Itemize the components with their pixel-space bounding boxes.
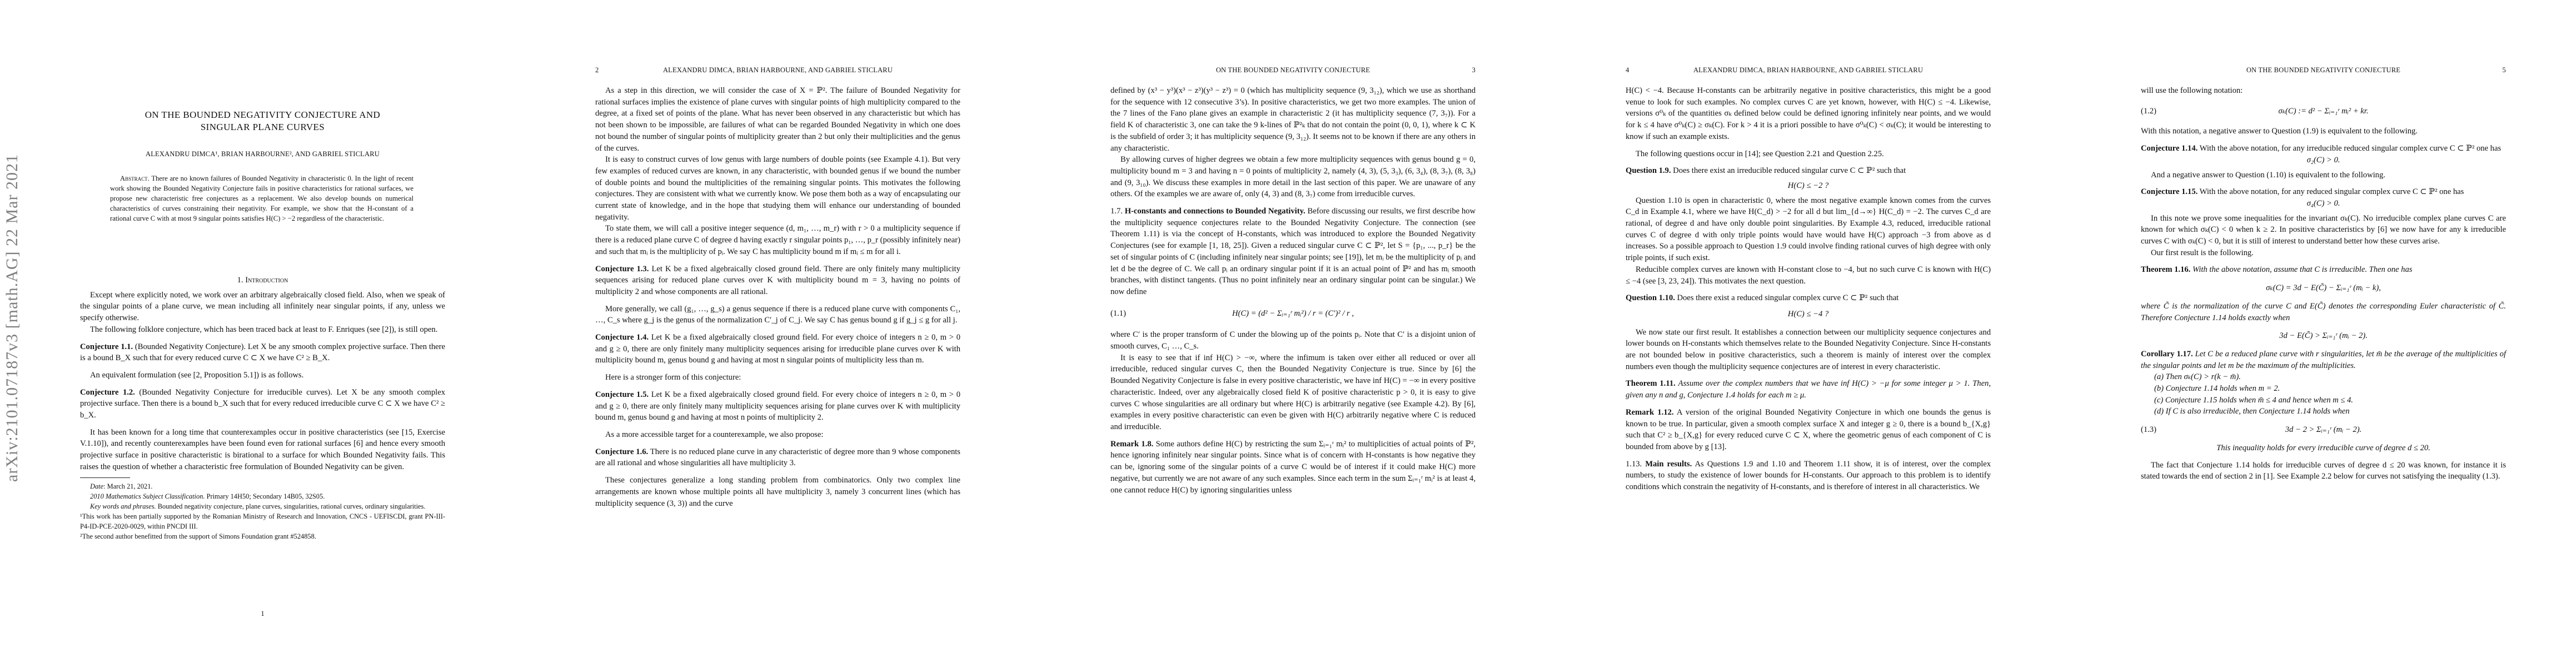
conjecture-1-3: Conjecture 1.3. Let K be a fixed algebra… — [595, 263, 960, 298]
theorem-1-11: Theorem 1.11. Assume over the complex nu… — [1626, 378, 1991, 401]
running-title: ALEXANDRU DIMCA, BRIAN HARBOURNE, AND GA… — [595, 66, 960, 74]
paragraph: And a negative answer to Question (1.10)… — [2141, 170, 2506, 181]
page-number: 1 — [80, 609, 445, 618]
paragraph: Reducible complex curves are known with … — [1626, 264, 1991, 287]
question-1-9-equation: H(C) ≤ −2 ? — [1626, 180, 1991, 192]
paragraph: An equivalent formulation (see [2, Propo… — [80, 370, 445, 381]
question-label: Question 1.9. — [1626, 166, 1671, 175]
conjecture-1-15: Conjecture 1.15. With the above notation… — [2141, 186, 2506, 198]
remark-label: Remark 1.12. — [1626, 408, 1673, 417]
abstract-text: There are no known failures of Bounded N… — [110, 175, 413, 222]
title-line-1: ON THE BOUNDED NEGATIVITY CONJECTURE AND — [80, 109, 445, 121]
arxiv-stamp: arXiv:2101.07187v3 [math.AG] 22 Mar 2021 — [2, 157, 22, 479]
footnote-msc: 2010 Mathematics Subject Classification.… — [80, 491, 445, 501]
running-head: ON THE BOUNDED NEGATIVITY CONJECTURE 3 — [1110, 66, 1476, 76]
corollary-tail: This inequality holds for every irreduci… — [2141, 442, 2506, 454]
theorem-label: Theorem 1.16. — [2141, 265, 2190, 274]
question-label: Question 1.10. — [1626, 293, 1675, 302]
section-number: 1.7. — [1110, 207, 1123, 216]
page-5: ON THE BOUNDED NEGATIVITY CONJECTURE 5 w… — [2061, 0, 2576, 667]
conjecture-1-14-equation: σ₂(C) > 0. — [2141, 155, 2506, 166]
paragraph: It is easy to construct curves of low ge… — [595, 154, 960, 223]
paragraph: As a more accessible target for a counte… — [595, 429, 960, 441]
paragraph: will use the following notation: — [2141, 85, 2506, 97]
footnote-label: Key words and phrases. — [90, 502, 156, 510]
remark-1-8: Remark 1.8. Some authors define H(C) by … — [1110, 439, 1476, 496]
conjecture-label: Conjecture 1.6. — [595, 447, 648, 456]
footnote-1: ¹This work has been partially supported … — [80, 511, 445, 531]
section-text: Before discussing our results, we first … — [1110, 207, 1476, 296]
footnote-value: : March 21, 2021. — [103, 482, 152, 490]
running-title: ON THE BOUNDED NEGATIVITY CONJECTURE — [1110, 66, 1476, 74]
equation-1-3: (1.3) 3d − 2 > Σᵢ₌₁ʳ (mᵢ − 2). — [2141, 424, 2506, 436]
corollary-items: (a) Then σₖ(C) > r(k − m̄). (b) Conjectu… — [2141, 371, 2506, 417]
conjecture-1-6: Conjecture 1.6. There is no reduced plan… — [595, 446, 960, 469]
paragraph: The following questions occur in [14]; s… — [1626, 148, 1991, 160]
equation-number: (1.2) — [2141, 106, 2174, 117]
section-title: H-constants and connections to Bounded N… — [1125, 207, 1306, 216]
equation-number: (1.3) — [2141, 424, 2174, 436]
page-3-body: defined by (x³ − y³)(x³ − z³)(y³ − z³) =… — [1110, 85, 1476, 496]
paragraph: Our first result is the following. — [2141, 247, 2506, 259]
remark-1-12: Remark 1.12. A version of the original B… — [1626, 407, 1991, 453]
conjecture-label: Conjecture 1.3. — [595, 265, 649, 273]
conjecture-text: Let K be a fixed algebraically closed gr… — [595, 265, 960, 296]
page-2-body: As a step in this direction, we will con… — [595, 85, 960, 509]
page-5-body: will use the following notation: (1.2) σ… — [2141, 85, 2506, 482]
section-title: Main results. — [1645, 460, 1692, 469]
page-3: ON THE BOUNDED NEGATIVITY CONJECTURE 3 d… — [1030, 0, 1546, 667]
authors: ALEXANDRU DIMCA¹, BRIAN HARBOURNE², AND … — [80, 150, 445, 158]
conjecture-text: Let K be a fixed algebraically closed gr… — [595, 333, 960, 365]
conjecture-label: Conjecture 1.2. — [80, 388, 135, 397]
section-number: 1.13. — [1626, 460, 1642, 469]
equation-body: σₖ(C) := d² − Σᵢ₌₁ʳ mᵢ² + kr. — [2174, 106, 2473, 117]
paragraph: Question 1.10 is open in characteristic … — [1626, 195, 1991, 264]
remark-text: Some authors define H(C) by restricting … — [1110, 440, 1476, 495]
page-1-body: 1. Introduction Except where explicitly … — [80, 275, 445, 541]
paragraph: By allowing curves of higher degrees we … — [1110, 154, 1476, 200]
equation-number: (1.1) — [1110, 308, 1144, 320]
title-line-2: SINGULAR PLANE CURVES — [80, 121, 445, 133]
conjecture-text: With the above notation, for any reduced… — [2200, 187, 2464, 196]
footnote-value: Primary 14H50; Secondary 14B05, 32S05. — [205, 492, 325, 500]
page-number: 5 — [2503, 66, 2506, 74]
question-1-10-equation: H(C) ≤ −4 ? — [1626, 308, 1991, 320]
theorem-text: Assume over the complex numbers that we … — [1626, 379, 1991, 400]
theorem-1-16: Theorem 1.16. With the above notation, a… — [2141, 264, 2506, 276]
equation-1-1: (1.1) H(C) = (d² − Σᵢ₌₁ʳ mᵢ²) / r = (C′)… — [1110, 308, 1476, 320]
conjecture-1-4: Conjecture 1.4. Let K be a fixed algebra… — [595, 332, 960, 366]
paragraph: Here is a stronger form of this conjectu… — [595, 372, 960, 384]
abstract: Abstract. There are no known failures of… — [110, 173, 413, 223]
arxiv-stamp-text: arXiv:2101.07187v3 [math.AG] 22 Mar 2021 — [3, 154, 22, 482]
page-4-body: H(C) < −4. Because H-constants can be ar… — [1626, 85, 1991, 493]
paragraph: These conjectures generalize a long stan… — [595, 475, 960, 509]
paragraph: We now state our first result. It establ… — [1626, 327, 1991, 373]
question-1-10: Question 1.10. Does there exist a reduce… — [1626, 292, 1991, 304]
running-head: ON THE BOUNDED NEGATIVITY CONJECTURE 5 — [2141, 66, 2506, 76]
question-text: Does there exist a reduced singular comp… — [1677, 293, 1899, 302]
section-1-13: 1.13. Main results. As Questions 1.9 and… — [1626, 459, 1991, 493]
corollary-label: Corollary 1.17. — [2141, 350, 2193, 359]
paragraph: As a step in this direction, we will con… — [595, 85, 960, 154]
paragraph: It has been known for a long time that c… — [80, 427, 445, 473]
equation-body: 3d − 2 > Σᵢ₌₁ʳ (mᵢ − 2). — [2174, 424, 2473, 436]
page-1: arXiv:2101.07187v3 [math.AG] 22 Mar 2021… — [0, 0, 515, 667]
paragraph: With this notation, a negative answer to… — [2141, 126, 2506, 137]
theorem-1-16-equation-2: 3d − E(C̃) > Σᵢ₌₁ʳ (mᵢ − 2). — [2141, 330, 2506, 342]
page-4: 4 ALEXANDRU DIMCA, BRIAN HARBOURNE, AND … — [1546, 0, 2061, 667]
paper-title: ON THE BOUNDED NEGATIVITY CONJECTURE AND… — [80, 109, 445, 133]
footnote-rule — [80, 477, 130, 478]
conjecture-1-1: Conjecture 1.1. (Bounded Negativity Conj… — [80, 341, 445, 364]
theorem-label: Theorem 1.11. — [1626, 379, 1676, 388]
theorem-text-continued: where C̃ is the normalization of the cur… — [2141, 301, 2506, 323]
conjecture-text: Let K be a fixed algebraically closed gr… — [595, 390, 960, 422]
conjecture-text: With the above notation, for any irreduc… — [2200, 144, 2501, 153]
conjecture-1-14: Conjecture 1.14. With the above notation… — [2141, 143, 2506, 155]
footnote-keywords: Key words and phrases. Bounded negativit… — [80, 501, 445, 511]
question-1-9: Question 1.9. Does there exist an irredu… — [1626, 165, 1991, 177]
running-title: ON THE BOUNDED NEGATIVITY CONJECTURE — [2141, 66, 2506, 74]
remark-label: Remark 1.8. — [1110, 440, 1153, 449]
paragraph: It is easy to see that if inf H(C) > −∞,… — [1110, 352, 1476, 433]
footnote-label: 2010 Mathematics Subject Classification. — [90, 492, 205, 500]
conjecture-label: Conjecture 1.14. — [2141, 144, 2198, 153]
paragraph: The fact that Conjecture 1.14 holds for … — [2141, 460, 2506, 482]
running-head: 2 ALEXANDRU DIMCA, BRIAN HARBOURNE, AND … — [595, 66, 960, 76]
paragraph: The following folklore conjecture, which… — [80, 324, 445, 336]
paragraph: where C′ is the proper transform of C un… — [1110, 329, 1476, 352]
corollary-1-17: Corollary 1.17. Let C be a reduced plane… — [2141, 349, 2506, 371]
equation-body: H(C) = (d² − Σᵢ₌₁ʳ mᵢ²) / r = (C′)² / r … — [1144, 308, 1442, 320]
page-number: 3 — [1472, 66, 1476, 74]
question-text: Does there exist an irreducible reduced … — [1673, 166, 1906, 175]
conjecture-text: (Bounded Negativity Conjecture for irred… — [80, 388, 445, 420]
conjecture-1-2: Conjecture 1.2. (Bounded Negativity Conj… — [80, 387, 445, 421]
conjecture-label: Conjecture 1.4. — [595, 333, 649, 342]
abstract-label: Abstract. — [120, 175, 150, 182]
conjecture-label: Conjecture 1.5. — [595, 390, 649, 399]
remark-text: A version of the original Bounded Negati… — [1626, 408, 1991, 451]
running-head: 4 ALEXANDRU DIMCA, BRIAN HARBOURNE, AND … — [1626, 66, 1991, 76]
running-title: ALEXANDRU DIMCA, BRIAN HARBOURNE, AND GA… — [1626, 66, 1991, 74]
paragraph: In this note we prove some inequalities … — [2141, 213, 2506, 247]
corollary-item: (d) If C is also irreducible, then Conje… — [2165, 406, 2506, 417]
paragraph: H(C) < −4. Because H-constants can be ar… — [1626, 85, 1991, 143]
footnote-label: Date — [90, 482, 103, 490]
section-heading-introduction: 1. Introduction — [80, 275, 445, 286]
paragraph: More generally, we call (g₁, …, g_s) a g… — [595, 303, 960, 326]
paragraph: Except where explicitly noted, we work o… — [80, 290, 445, 324]
footnote-date: Date: March 21, 2021. — [80, 481, 445, 491]
corollary-item: (c) Conjecture 1.15 holds when m̄ ≤ 4 an… — [2165, 395, 2506, 406]
corollary-item: (a) Then σₖ(C) > r(k − m̄). — [2165, 371, 2506, 383]
section-1-7: 1.7. H-constants and connections to Boun… — [1110, 206, 1476, 298]
conjecture-text: There is no reduced plane curve in any c… — [595, 447, 960, 468]
footnote-2: ²The second author benefitted from the s… — [80, 531, 445, 541]
paragraph: To state them, we will call a positive i… — [595, 223, 960, 257]
conjecture-label: Conjecture 1.15. — [2141, 187, 2198, 196]
conjecture-label: Conjecture 1.1. — [80, 342, 133, 351]
theorem-text: With the above notation, assume that C i… — [2193, 265, 2412, 274]
corollary-text: Let C be a reduced plane curve with r si… — [2141, 350, 2506, 370]
conjecture-1-15-equation: σ₄(C) > 0. — [2141, 198, 2506, 210]
page-2: 2 ALEXANDRU DIMCA, BRIAN HARBOURNE, AND … — [515, 0, 1030, 667]
paragraph: defined by (x³ − y³)(x³ − z³)(y³ − z³) =… — [1110, 85, 1476, 154]
theorem-1-16-equation: σₖ(C) = 3d − E(C̃) − Σᵢ₌₁ʳ (mᵢ − k), — [2141, 282, 2506, 294]
conjecture-1-5: Conjecture 1.5. Let K be a fixed algebra… — [595, 389, 960, 424]
equation-1-2: (1.2) σₖ(C) := d² − Σᵢ₌₁ʳ mᵢ² + kr. — [2141, 106, 2506, 117]
footnote-value: Bounded negativity conjecture, plane cur… — [156, 502, 426, 510]
conjecture-text: (Bounded Negativity Conjecture). Let X b… — [80, 342, 445, 363]
corollary-item: (b) Conjecture 1.14 holds when m = 2. — [2165, 383, 2506, 395]
